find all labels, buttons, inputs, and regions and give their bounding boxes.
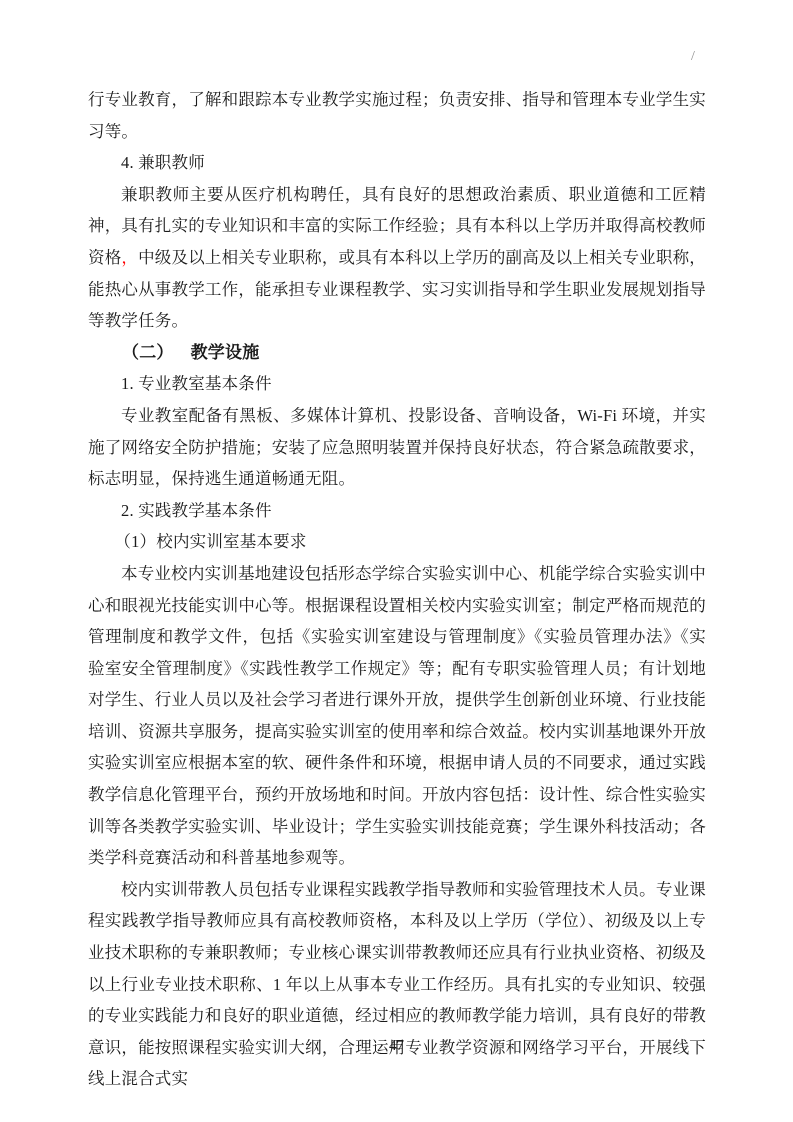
page-footer: 47	[0, 1038, 793, 1055]
paragraph-training-instructors: 校内实训带教人员包括专业课程实践教学指导教师和实验管理技术人员。专业课程实践教学…	[88, 874, 706, 1095]
section-number: （二）	[122, 343, 174, 362]
document-page: / 行专业教育，了解和跟踪本专业教学实施过程；负责安排、指导和管理本专业学生实习…	[0, 0, 793, 1122]
list-item-2-practice-teaching-conditions: 2. 实践教学基本条件	[88, 495, 706, 527]
paragraph-classroom-equipment: 专业教室配备有黑板、多媒体计算机、投影设备、音响设备，Wi-Fi 环境，并实施了…	[88, 400, 706, 495]
red-comma-annotation: ，	[121, 248, 138, 267]
section-heading-teaching-facilities: （二）教学设施	[88, 337, 706, 369]
section-title: 教学设施	[191, 343, 260, 362]
document-content: 行专业教育，了解和跟踪本专业教学实施过程；负责安排、指导和管理本专业学生实习等。…	[88, 84, 706, 1095]
list-item-1-classroom-conditions: 1. 专业教室基本条件	[88, 368, 706, 400]
paragraph-text-after-red: 中级及以上相关专业职称，或具有本科以上学历的副高及以上相关专业职称，能热心从事教…	[88, 248, 706, 330]
list-item-4-parttime-teachers: 4. 兼职教师	[88, 147, 706, 179]
paragraph-parttime-teachers: 兼职教师主要从医疗机构聘任，具有良好的思想政治素质、职业道德和工匠精神，具有扎实…	[88, 179, 706, 337]
list-item-2-1-campus-training-room-requirements: （1）校内实训室基本要求	[88, 526, 706, 558]
page-number: 47	[389, 1038, 404, 1054]
paragraph-continuation: 行专业教育，了解和跟踪本专业教学实施过程；负责安排、指导和管理本专业学生实习等。	[88, 84, 706, 147]
paragraph-campus-training-base: 本专业校内实训基地建设包括形态学综合实验实训中心、机能学综合实验实训中心和眼视光…	[88, 558, 706, 874]
corner-slash-mark: /	[691, 50, 695, 64]
